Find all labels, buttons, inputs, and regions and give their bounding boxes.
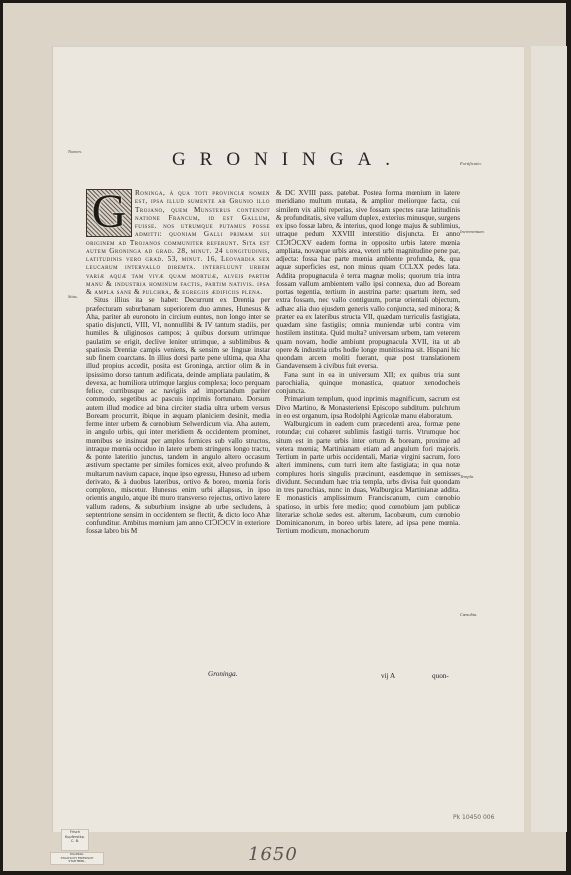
ornamental-initial: G <box>86 189 132 237</box>
collection-stamp: Frisch Kupferstkp. C. B. <box>61 829 89 851</box>
catchword: quon- <box>432 672 449 680</box>
page-title: GRONINGA. <box>52 149 524 171</box>
margin-note-incrementum: Incrementum. <box>460 229 482 234</box>
text-column-right: & DC XVIII pass. patebat. Postea forma m… <box>276 189 460 536</box>
inventory-number: Pk 10450 006 <box>453 814 494 821</box>
label-line: STADTBIBL. <box>51 860 103 864</box>
stamp-line: C. B. <box>62 839 88 844</box>
margin-note-fortificatio: Fortificatio. <box>460 161 482 166</box>
paper-guard-strip <box>530 46 567 832</box>
running-footer: Groninga. <box>208 670 237 678</box>
margin-note-coenobia: Cœnobia. <box>460 612 477 617</box>
signature-mark: vij A <box>381 672 395 680</box>
margin-note-templa: Templa. <box>460 474 474 479</box>
library-label: Stadtbibl. STAATLICH FRIESISCH STADTBIBL… <box>50 852 104 865</box>
paragraph: & DC XVIII pass. patebat. Postea forma m… <box>276 189 460 371</box>
paragraph: Situs illius ita se habet: Decurrunt ex … <box>86 296 270 535</box>
margin-note-nomen: Nomen. <box>68 149 82 154</box>
text-column-left: G Roninga, à qua toti provinciæ nomen es… <box>86 189 270 536</box>
pencil-year-annotation: 1650 <box>248 844 298 865</box>
document-page: GRONINGA. Nomen. Situs. Fortificatio. In… <box>52 46 524 832</box>
margin-note-situs: Situs. <box>68 294 78 299</box>
mount-board: GRONINGA. Nomen. Situs. Fortificatio. In… <box>3 3 566 871</box>
dropcap-letter: G <box>87 188 131 236</box>
paragraph: Fana sunt in ea in universum XII; ex qui… <box>276 371 460 396</box>
paragraph: Primarium templum, quod inprimis magnifi… <box>276 395 460 420</box>
paragraph: Walburgicum in eadem cum præcedenti area… <box>276 420 460 536</box>
